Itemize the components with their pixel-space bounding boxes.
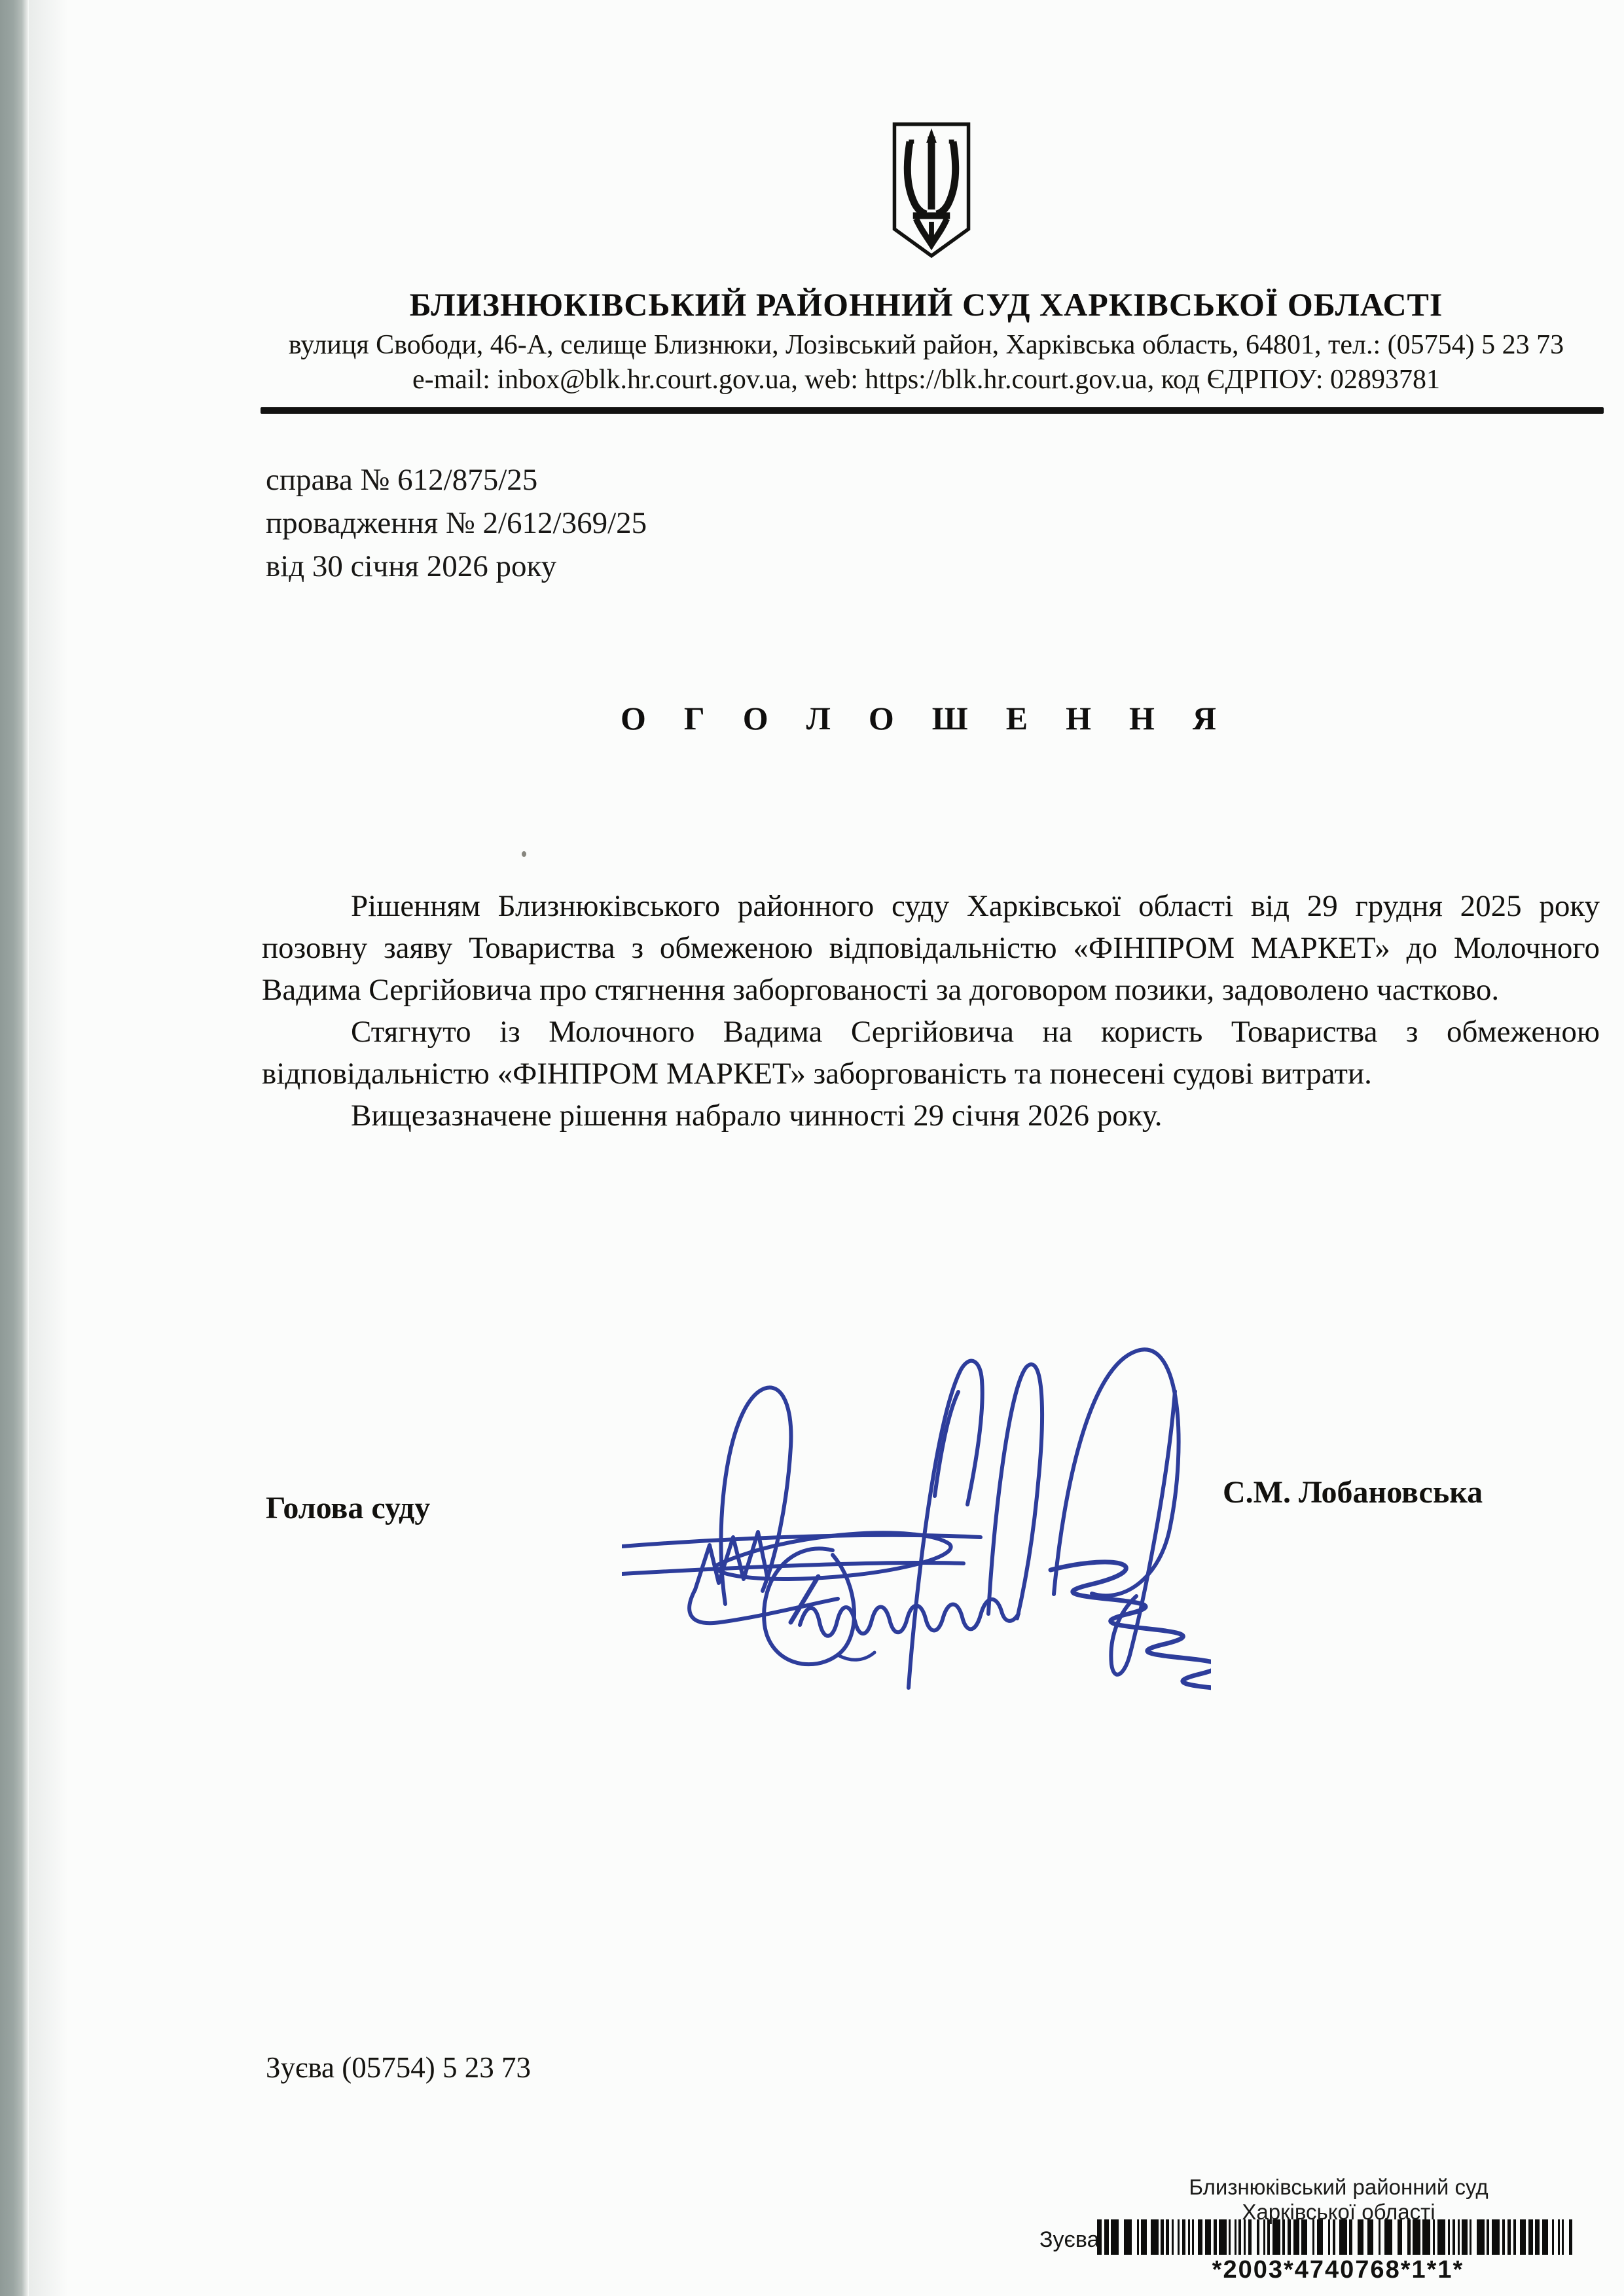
ukraine-trident-icon	[882, 121, 981, 260]
paper-edge-shade	[29, 0, 68, 2296]
scanned-court-document: { "header": { "court_name": "БЛИЗНЮКІВСЬ…	[0, 0, 1624, 2296]
paragraph: Стягнуто із Молочного Вадима Сергійовича…	[262, 1011, 1600, 1095]
document-title: О Г О Л О Ш Е Н Н Я	[196, 699, 1624, 737]
header-divider	[261, 407, 1604, 414]
announcement-text: Рішенням Близнюківського районного суду …	[262, 885, 1600, 1137]
scan-speck	[522, 851, 526, 857]
barcode	[1097, 2219, 1579, 2255]
case-number: справа № 612/875/25	[266, 458, 647, 501]
court-contacts: e-mail: inbox@blk.hr.court.gov.ua, web: …	[196, 364, 1624, 395]
stamp-operator: Зуєва	[1039, 2227, 1099, 2253]
handwritten-signature	[622, 1329, 1211, 1696]
footer-contact: Зуєва (05754) 5 23 73	[266, 2050, 531, 2085]
court-address: вулиця Свободи, 46-А, селище Близнюки, Л…	[196, 329, 1624, 361]
document-date: від 30 січня 2026 року	[266, 545, 647, 588]
signer-role: Голова суду	[266, 1490, 430, 1526]
stamp-court-line1: Близнюківський районний суд	[1047, 2175, 1624, 2200]
scan-edge-shadow	[0, 0, 29, 2296]
court-name: БЛИЗНЮКІВСЬКИЙ РАЙОННИЙ СУД ХАРКІВСЬКОЇ …	[196, 285, 1624, 323]
proceeding-number: провадження № 2/612/369/25	[266, 501, 647, 545]
paragraph: Вищезазначене рішення набрало чинності 2…	[262, 1095, 1600, 1137]
paragraph: Рішенням Близнюківського районного суду …	[262, 885, 1600, 1011]
barcode-value: *2003*4740768*1*1*	[1097, 2256, 1579, 2284]
case-info-block: справа № 612/875/25 провадження № 2/612/…	[266, 458, 647, 588]
signer-name: С.М. Лобановська	[1223, 1474, 1483, 1510]
